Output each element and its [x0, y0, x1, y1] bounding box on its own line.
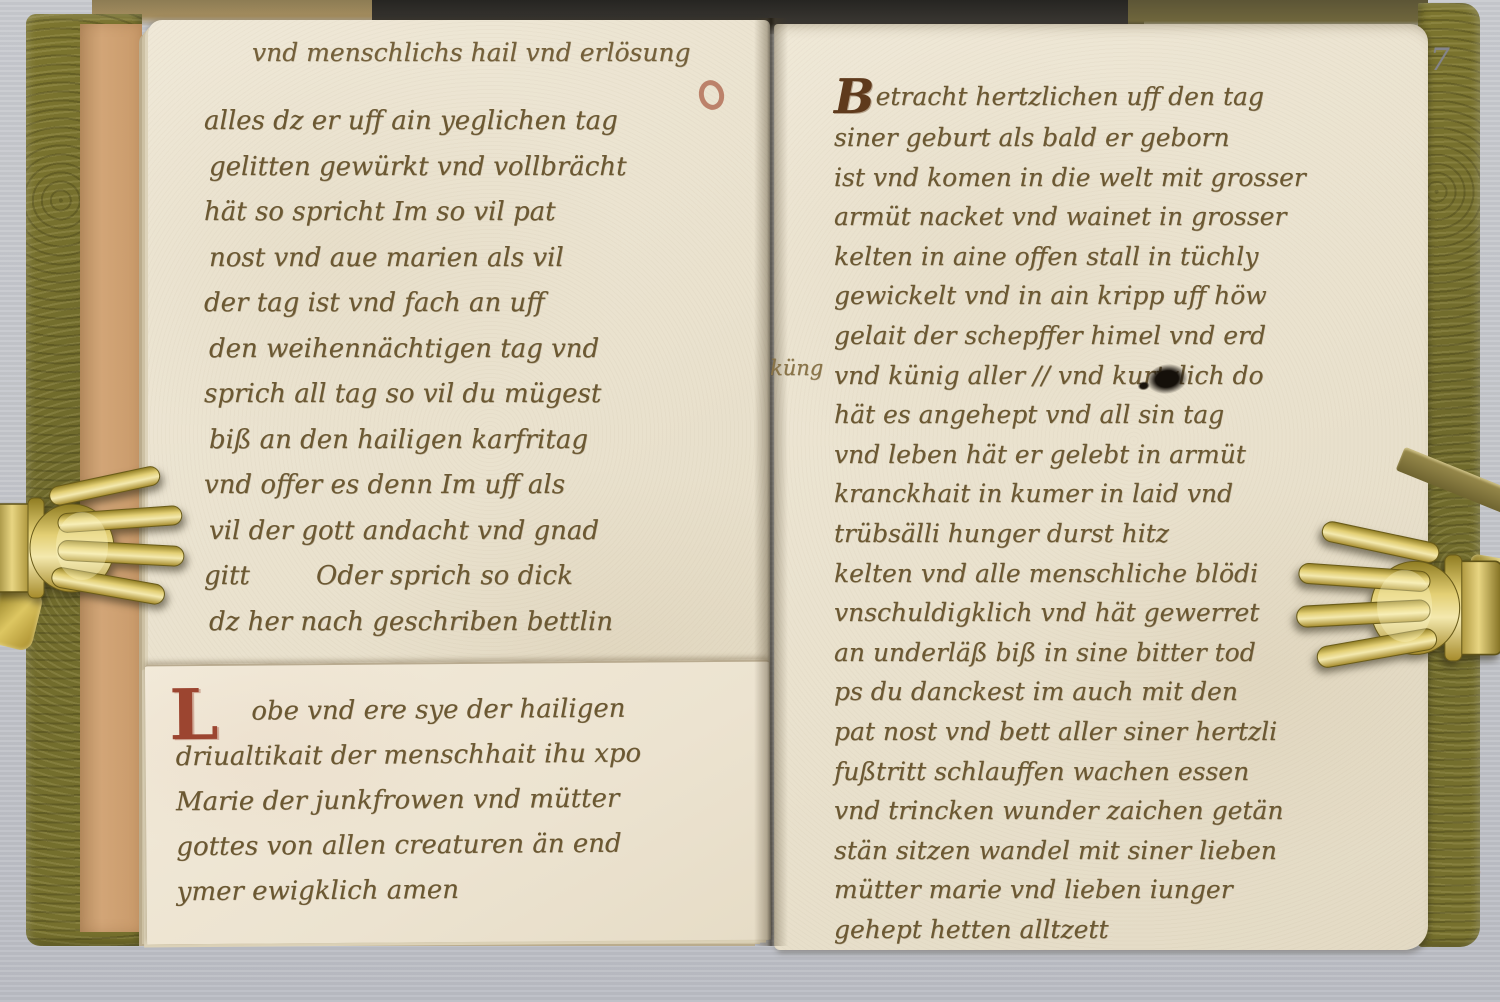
manuscript-line: vil der gott andacht vnd gnad	[204, 509, 762, 555]
manuscript-line: mütter marie vnd lieben iunger	[834, 870, 1422, 910]
first-line-text: etracht hertzlichen uff den tag	[876, 82, 1264, 111]
manuscript-line: gottes von allen creaturen än end	[176, 821, 760, 871]
slip-text: obe vnd ere sye der hailigen driualtikai…	[175, 686, 761, 916]
manuscript-line: hät so spricht Im so vil pat	[204, 190, 762, 236]
manuscript-line: hät es angehept vnd all sin tag	[834, 395, 1422, 435]
marginal-note: küng	[770, 356, 823, 380]
manuscript-photo: vnd menschlichs hail vnd erlösung alles …	[0, 0, 1500, 1002]
manuscript-line: biß an den hailigen karfritag	[204, 418, 762, 464]
manuscript-line: gelait der schepffer himel vnd erd	[834, 316, 1422, 356]
manuscript-line: der tag ist vnd fach an uff	[204, 281, 762, 327]
manuscript-line: fußtritt schlauffen wachen essen	[834, 752, 1422, 792]
manuscript-line: siner geburt als bald er geborn	[834, 118, 1422, 158]
slip-lines: driualtikait der menschhait ihu xpoMarie…	[175, 731, 760, 916]
folio-number: 7	[1430, 42, 1450, 78]
manuscript-line: nost vnd aue marien als vil	[204, 236, 762, 282]
inserted-slip: L obe vnd ere sye der hailigen driualtik…	[145, 660, 771, 945]
manuscript-line: gelitten gewürkt vnd vollbrächt	[204, 145, 762, 191]
calligraphic-initial-B: B	[834, 69, 873, 125]
manuscript-line: vnd künig aller // vnd kurtzlich do	[834, 356, 1422, 396]
right-page: Betracht hertzlichen uff den tag siner g…	[774, 24, 1428, 950]
left-page-text: vnd menschlichs hail vnd erlösung alles …	[204, 32, 762, 645]
manuscript-line: stän sitzen wandel mit siner lieben	[834, 831, 1422, 871]
manuscript-line: dz her nach geschriben bettlin	[204, 600, 762, 646]
manuscript-line: den weihennächtigen tag vnd	[204, 327, 762, 373]
manuscript-line: driualtikait der menschhait ihu xpo	[175, 731, 759, 781]
manuscript-line: kelten in aine offen stall in tüchly	[834, 237, 1422, 277]
manuscript-line: vnd leben hät er gelebt in armüt	[834, 435, 1422, 475]
manuscript-line: ist vnd komen in die welt mit grosser	[834, 158, 1422, 198]
right-page-first-line: Betracht hertzlichen uff den tag	[834, 76, 1422, 118]
left-page-lines: alles dz er uff ain yeglichen taggelitte…	[204, 99, 762, 645]
manuscript-line: sprich all tag so vil du mügest	[204, 372, 762, 418]
manuscript-line: alles dz er uff ain yeglichen tag	[204, 99, 762, 145]
manuscript-line: armüt nacket vnd wainet in grosser	[834, 197, 1422, 237]
left-page-header-line: vnd menschlichs hail vnd erlösung	[204, 32, 762, 74]
manuscript-line: Marie der junkfrowen vnd mütter	[176, 776, 760, 826]
manuscript-line: vnd trincken wunder zaichen getän	[834, 791, 1422, 831]
brass-hand-clasp-right-icon	[1286, 500, 1500, 682]
manuscript-line: ymer ewigklich amen	[177, 866, 761, 916]
manuscript-line: vnd offer es denn Im uff als	[204, 463, 762, 509]
manuscript-line: pat nost vnd bett aller siner hertzli	[834, 712, 1422, 752]
manuscript-line: gehept hetten alltzett	[834, 910, 1422, 950]
manuscript-line: gitt Oder sprich so dick	[204, 554, 762, 600]
brass-hand-clasp-left-icon	[0, 448, 194, 616]
manuscript-line: gewickelt vnd in ain kripp uff höw	[834, 276, 1422, 316]
slip-first-line: obe vnd ere sye der hailigen	[175, 686, 759, 736]
